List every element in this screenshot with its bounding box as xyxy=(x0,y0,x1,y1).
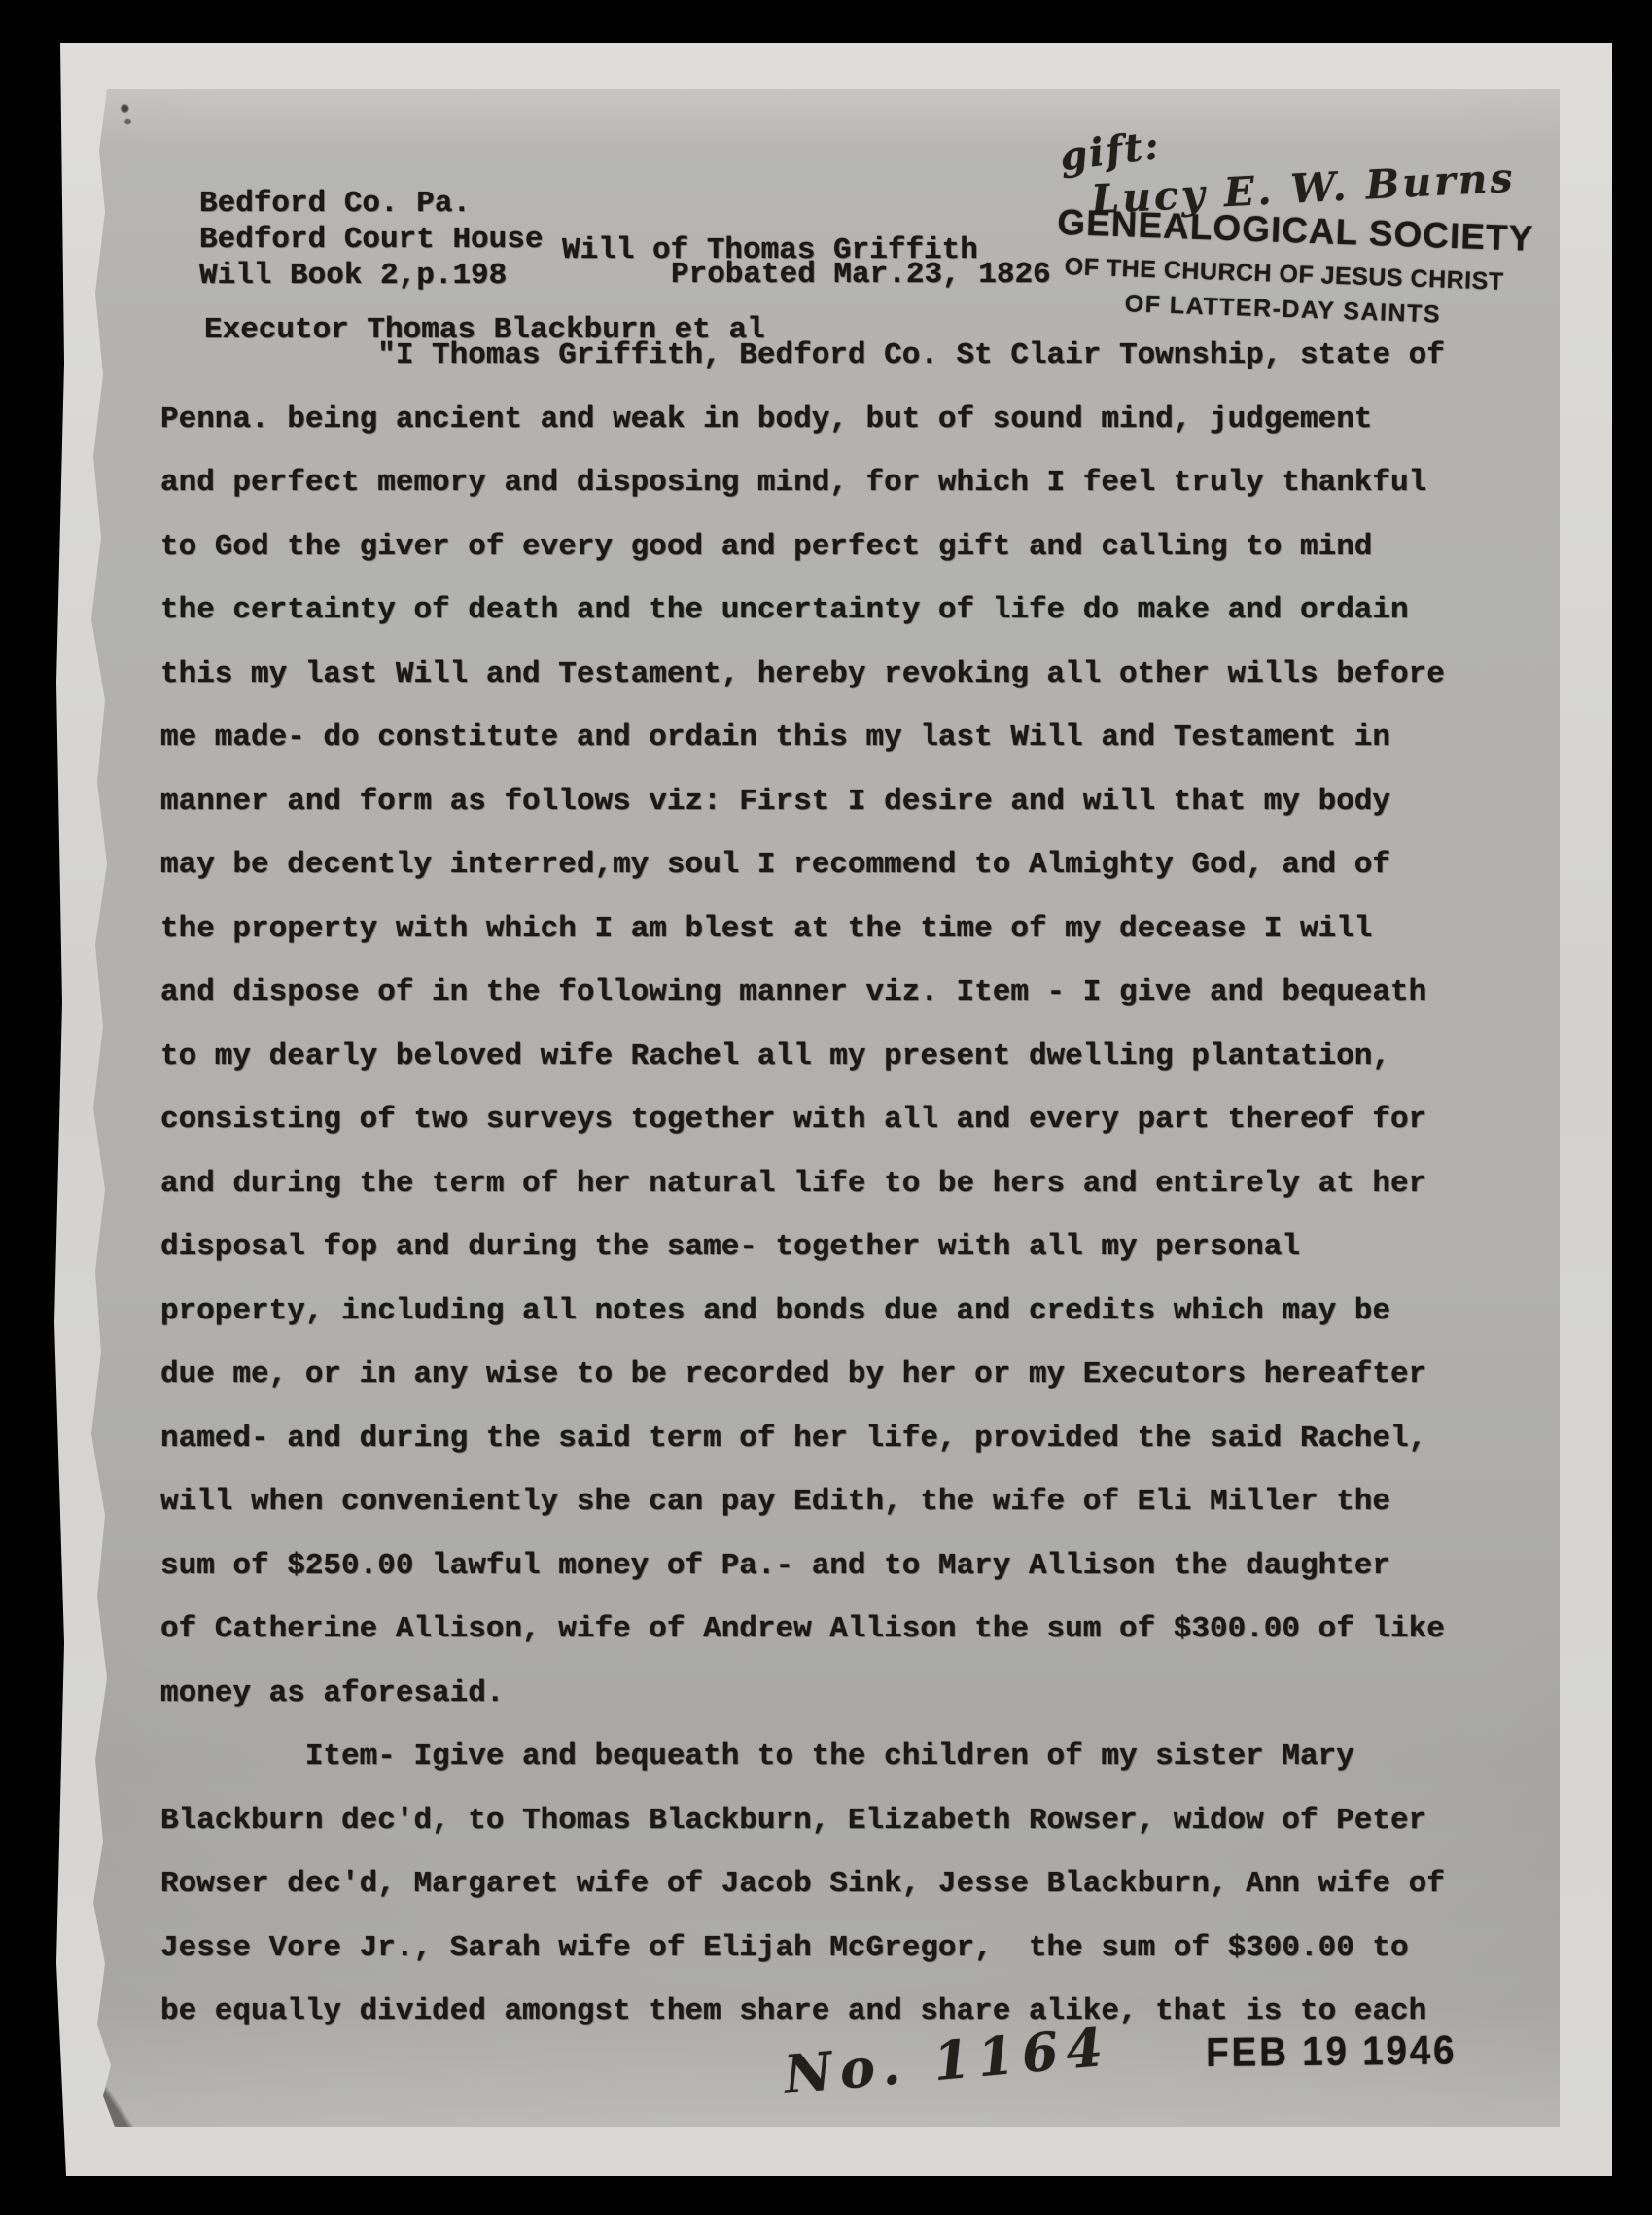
scanned-document: Will of Thomas Griffith Bedford Co. Pa. … xyxy=(0,0,1652,2215)
handwritten-gift-label: gift: xyxy=(1058,123,1164,180)
genealogical-society-stamp: GENEALOGICAL SOCIETY OF THE CHURCH OF JE… xyxy=(1054,196,1515,334)
will-body-text: "I Thomas Griffith, Bedford Co. St Clair… xyxy=(160,324,1445,2044)
ink-smudge xyxy=(111,98,141,131)
probate-date: Probated Mar.23, 1826 xyxy=(671,258,1051,292)
source-reference-block: Bedford Co. Pa. Bedford Court House Will… xyxy=(199,186,543,294)
will-page: Will of Thomas Griffith Bedford Co. Pa. … xyxy=(86,89,1560,2127)
received-date-stamp: FEB 19 1946 xyxy=(1206,2027,1457,2076)
